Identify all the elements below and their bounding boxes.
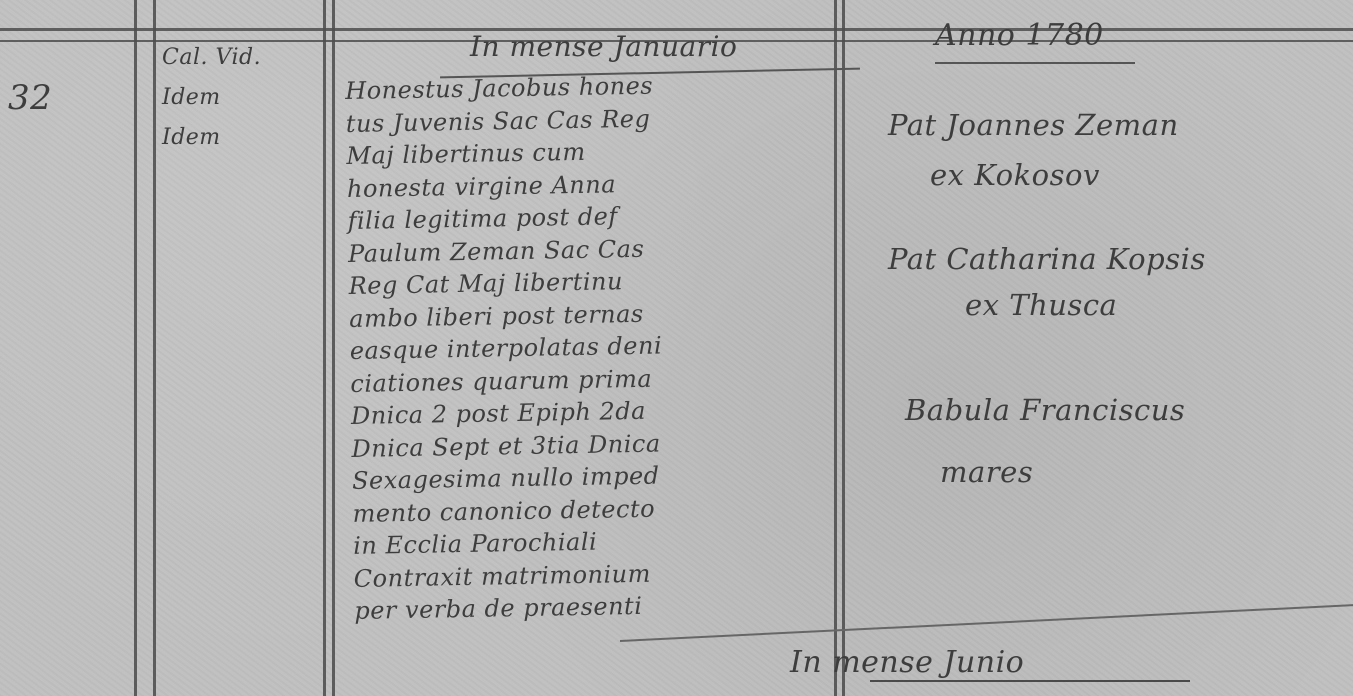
witness-origin: ex Kokosov xyxy=(930,158,1100,192)
entry-body: Honestus Jacobus hones tus Juvenis Sac C… xyxy=(345,70,667,628)
body-line: mento canonico detecto xyxy=(352,492,665,530)
next-heading-underline xyxy=(870,680,1190,682)
body-line: Contraxit matrimonium xyxy=(354,557,667,595)
month-heading: In mense Januario xyxy=(470,30,737,63)
body-line: ciationes quarum prima xyxy=(350,362,663,400)
status-line: Idem xyxy=(162,78,261,118)
witness-name: Babula Franciscus xyxy=(905,393,1185,427)
witness-name: Pat Catharina Kopsis xyxy=(888,242,1206,276)
body-line: Dnica 2 post Epiph 2da xyxy=(351,394,664,432)
body-line: Sexagesima nullo imped xyxy=(352,459,665,497)
column-rule xyxy=(332,0,335,696)
body-line: Maj libertinus cum xyxy=(346,135,659,173)
column-rule xyxy=(842,0,845,696)
body-line: easque interpolatas deni xyxy=(350,330,663,368)
entry-number: 32 xyxy=(8,78,52,118)
witness-origin: mares xyxy=(940,455,1033,489)
body-line: in Ecclia Parochiali xyxy=(353,524,666,562)
body-line: tus Juvenis Sac Cas Reg xyxy=(346,102,659,140)
body-line: per verba de praesenti xyxy=(354,589,667,627)
year-underline xyxy=(935,62,1135,64)
year-heading: Anno 1780 xyxy=(935,18,1104,53)
column-rule xyxy=(153,0,156,696)
register-page: 32 Cal. Vid. Idem Idem In mense Januario… xyxy=(0,0,1353,696)
body-line: Dnica Sept et 3tia Dnica xyxy=(351,427,664,465)
separator-line xyxy=(620,604,1353,642)
column-rule xyxy=(134,0,137,696)
body-line: ambo liberi post ternas xyxy=(349,297,662,335)
witness-origin: ex Thusca xyxy=(965,288,1117,322)
body-line: Honestus Jacobus hones xyxy=(345,70,658,108)
next-month-heading: In mense Junio xyxy=(790,645,1024,680)
column-rule xyxy=(323,0,326,696)
entry-status: Cal. Vid. Idem Idem xyxy=(162,38,261,158)
status-line: Cal. Vid. xyxy=(162,38,261,78)
body-line: honesta virgine Anna xyxy=(347,167,660,205)
status-line: Idem xyxy=(162,118,261,158)
body-line: Reg Cat Maj libertinu xyxy=(348,265,661,303)
column-rule xyxy=(834,0,837,696)
body-line: filia legitima post def xyxy=(347,200,660,238)
witness-name: Pat Joannes Zeman xyxy=(888,108,1179,142)
body-line: Paulum Zeman Sac Cas xyxy=(348,232,661,270)
